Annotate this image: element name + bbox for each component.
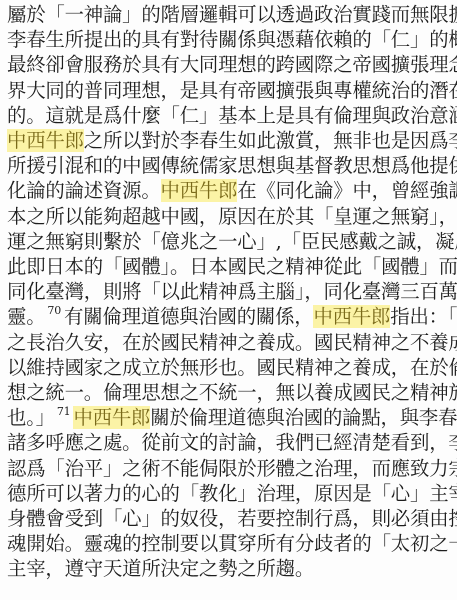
text-line: 界大同的普同理想，是具有帝國擴張與專權統治的潛在力量 bbox=[7, 78, 453, 103]
text-segment: 以維持國家之成立於無形也。國民精神之養成，在於倫理思 bbox=[7, 356, 457, 379]
text-line: 以維持國家之成立於無形也。國民精神之養成，在於倫理思 bbox=[7, 355, 453, 380]
text-segment: 的。這就是爲什麼「仁」基本上是具有倫理與政治意涵的。 bbox=[7, 104, 457, 127]
text-segment: 關於倫理道德與治國的論點，與李春生有 bbox=[150, 406, 457, 429]
highlighted-term: 中西牛郎 bbox=[313, 305, 390, 328]
text-line: 中西牛郎之所以對於李春生如此激賞，無非也是因爲李春生 bbox=[7, 128, 453, 153]
text-line: 德所可以著力的心的「教化」治理，原因是「心」主宰行動， bbox=[7, 481, 453, 506]
text-segment: 德所可以著力的心的「教化」治理，原因是「心」主宰行動， bbox=[7, 482, 457, 505]
text-segment: 同化臺灣，則將「以此精神爲主腦」，同化臺灣三百萬之生 bbox=[7, 280, 457, 303]
text-segment: 之長治久安，在於國民精神之養成。國民精神之不養成，無 bbox=[7, 331, 457, 354]
highlighted-term: 中西牛郎 bbox=[73, 406, 150, 429]
text-line: 之長治久安，在於國民精神之養成。國民精神之不養成，無 bbox=[7, 330, 453, 355]
text-segment: 本之所以能夠超越中國，原因在於其「皇運之無窮」，而其皇 bbox=[7, 205, 457, 228]
text-line: 屬於「一神論」的階層邏輯可以透過政治實踐而無限擴展。 bbox=[7, 2, 453, 27]
footnote-marker: 70 bbox=[47, 304, 61, 317]
text-segment: 所援引混和的中國傳統儒家思想與基督教思想爲他提供了同 bbox=[7, 154, 457, 177]
text-line: 想之統一。倫理思想之不統一，無以養成國民之精神於道德 bbox=[7, 380, 453, 405]
text-line: 諸多呼應之處。從前文的討論，我們已經清楚看到，李春生 bbox=[7, 430, 453, 455]
text-segment: 之所以對於李春生如此激賞，無非也是因爲李春生 bbox=[84, 129, 457, 152]
text-segment: 有關倫理道德與治國的關係， bbox=[64, 305, 313, 328]
text-line: 主宰，遵守天道所決定之勢之所趨。 bbox=[7, 556, 453, 581]
text-line: 靈。70有關倫理道德與治國的關係，中西牛郎指出：「國家 bbox=[7, 304, 453, 329]
text-segment: 運之無窮則繫於「億兆之一心」,「臣民感戴之誠，凝成一心」。 bbox=[7, 230, 457, 253]
text-segment: 魂開始。靈魂的控制要以貫穿所有分歧者的「太初之一」來 bbox=[7, 532, 457, 555]
text-line: 化論的論述資源。中西牛郎在《同化論》中，曾經強調：日 bbox=[7, 178, 453, 203]
text-segment: 最終卻會服務於具有大同理想的跨國際之帝國擴張理念。世 bbox=[7, 53, 457, 76]
text-line: 的。這就是爲什麼「仁」基本上是具有倫理與政治意涵的。 bbox=[7, 103, 453, 128]
text-segment: 主宰，遵守天道所決定之勢之所趨。 bbox=[7, 557, 314, 580]
text-line: 認爲「治平」之術不能侷限於形體之治理，而應致力宗教道 bbox=[7, 456, 453, 481]
highlighted-term: 中西牛郎 bbox=[161, 179, 238, 202]
text-segment: 也。」 bbox=[7, 406, 55, 429]
text-line: 本之所以能夠超越中國，原因在於其「皇運之無窮」，而其皇 bbox=[7, 204, 453, 229]
text-segment: 靈。 bbox=[7, 305, 45, 328]
footnote-marker: 71 bbox=[57, 405, 71, 418]
text-segment: 認爲「治平」之術不能侷限於形體之治理，而應致力宗教道 bbox=[7, 457, 457, 480]
text-line: 李春生所提出的具有對待關係與憑藉依賴的「仁」的概念， bbox=[7, 27, 453, 52]
text-line: 運之無窮則繫於「億兆之一心」,「臣民感戴之誠，凝成一心」。 bbox=[7, 229, 453, 254]
text-line: 最終卻會服務於具有大同理想的跨國際之帝國擴張理念。世 bbox=[7, 52, 453, 77]
text-line: 此即日本的「國體」。日本國民之精神從此「國體」而出， bbox=[7, 254, 453, 279]
document-page: 屬於「一神論」的階層邏輯可以透過政治實踐而無限擴展。李春生所提出的具有對待關係與… bbox=[0, 0, 457, 600]
text-line: 所援引混和的中國傳統儒家思想與基督教思想爲他提供了同 bbox=[7, 153, 453, 178]
text-segment: 界大同的普同理想，是具有帝國擴張與專權統治的潛在力量 bbox=[7, 79, 457, 102]
text-line: 魂開始。靈魂的控制要以貫穿所有分歧者的「太初之一」來 bbox=[7, 531, 453, 556]
highlighted-term: 中西牛郎 bbox=[7, 129, 84, 152]
text-line: 同化臺灣，則將「以此精神爲主腦」，同化臺灣三百萬之生 bbox=[7, 279, 453, 304]
text-segment: 屬於「一神論」的階層邏輯可以透過政治實踐而無限擴展。 bbox=[7, 3, 457, 26]
text-segment: 身體會受到「心」的奴役，若要控制行爲，則必須由控制靈 bbox=[7, 507, 457, 530]
text-segment: 指出：「國家 bbox=[390, 305, 457, 328]
text-segment: 此即日本的「國體」。日本國民之精神從此「國體」而出， bbox=[7, 255, 457, 278]
text-segment: 諸多呼應之處。從前文的討論，我們已經清楚看到，李春生 bbox=[7, 431, 457, 454]
text-segment: 李春生所提出的具有對待關係與憑藉依賴的「仁」的概念， bbox=[7, 28, 457, 51]
text-segment: 想之統一。倫理思想之不統一，無以養成國民之精神於道德 bbox=[7, 381, 457, 404]
text-line: 也。」71中西牛郎關於倫理道德與治國的論點，與李春生有 bbox=[7, 405, 453, 430]
text-segment: 化論的論述資源。 bbox=[7, 179, 161, 202]
text-segment: 在《同化論》中，曾經強調：日 bbox=[237, 179, 457, 202]
text-line: 身體會受到「心」的奴役，若要控制行爲，則必須由控制靈 bbox=[7, 506, 453, 531]
